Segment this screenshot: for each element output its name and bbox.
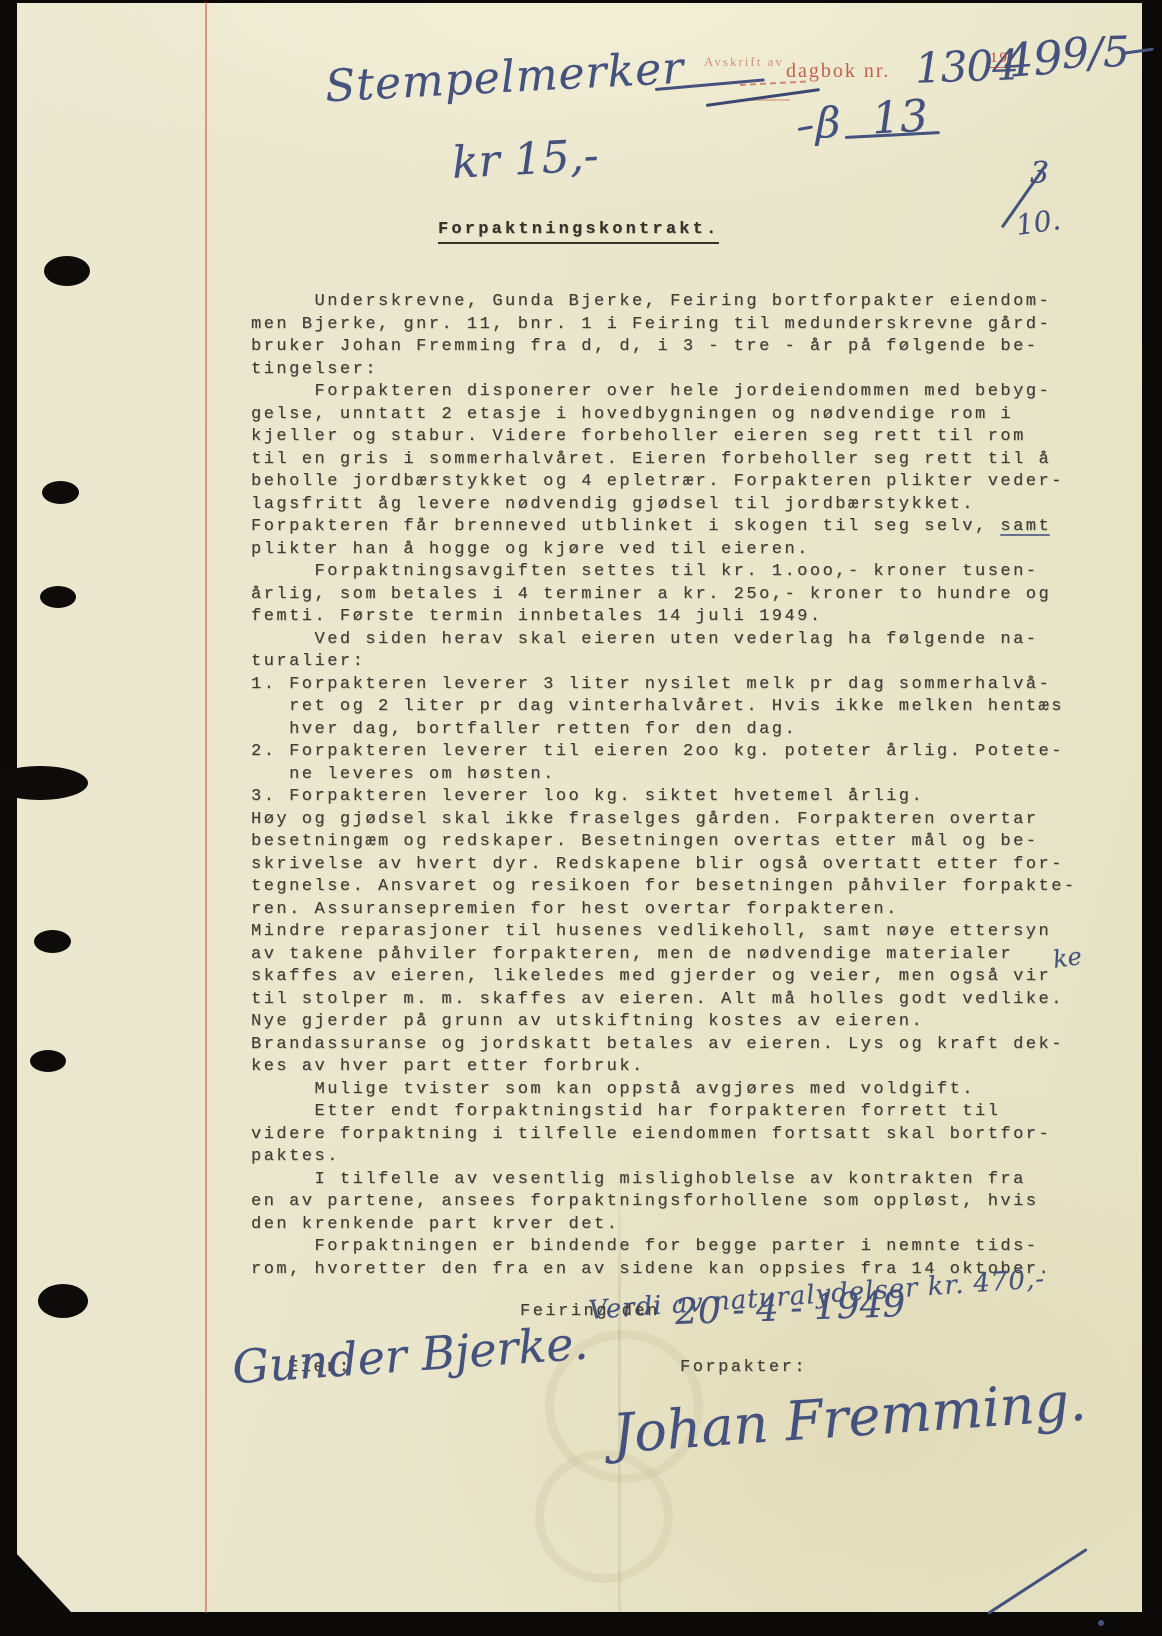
body-line: femti. Første termin innbetales 14 juli … — [251, 606, 1077, 629]
body-line: Underskrevne, Gunda Bjerke, Feiring bort… — [251, 291, 1077, 314]
body-line: tegnelse. Ansvaret og resikoen for beset… — [251, 876, 1077, 899]
punch-hole — [42, 481, 79, 504]
handwritten-date-top-right: 9/5 — [1061, 27, 1130, 78]
stamp-journal-label: dagbok nr. — [786, 60, 890, 83]
body-line: Forpakteren disponerer over hele jordeie… — [251, 381, 1077, 404]
signature-flourish-dot — [1098, 1620, 1104, 1626]
body-line: Ved siden herav skal eieren uten vederla… — [251, 629, 1077, 652]
body-line: Mindre reparasjoner til husenes vedlikeh… — [251, 921, 1077, 944]
body-line: Mulige tvister som kan oppstå avgjøres m… — [251, 1079, 1077, 1102]
body-line: 2. Forpakteren leverer til eieren 2oo kg… — [251, 741, 1077, 764]
torn-corner-bottom-left — [16, 1553, 72, 1613]
body-line: kes av hver part etter forbruk. — [251, 1056, 1077, 1079]
body-line: I tilfelle av vesentlig mislighoblelse a… — [251, 1169, 1077, 1192]
body-line: plikter han å hogge og kjøre ved til eie… — [251, 539, 1077, 562]
body-line: 1. Forpakteren leverer 3 liter nysilet m… — [251, 674, 1077, 697]
body-line: lagsfritt åg levere nødvendig gjødsel ti… — [251, 494, 1077, 517]
handwritten-insertion-ke: ke — [1051, 942, 1083, 974]
punch-hole-tear — [0, 776, 46, 789]
punch-hole — [30, 1050, 66, 1072]
body-line: til en gris i sommerhalvåret. Eieren for… — [251, 449, 1077, 472]
body-line: men Bjerke, gnr. 11, bnr. 1 i Feiring ti… — [251, 314, 1077, 337]
punch-hole — [38, 1284, 88, 1318]
scan-edge-left — [0, 0, 17, 1636]
stain-ring — [535, 1450, 673, 1583]
body-line: til stolper m. m. skaffes av eieren. Alt… — [251, 989, 1077, 1012]
handwritten-date-signed: 20 - 4 - 1949 — [674, 1284, 906, 1333]
scanned-contract-page: { "scan": { "paper_color": "#eae6cb", "i… — [0, 0, 1162, 1636]
body-line: skrivelse av hvert dyr. Redskapene blir … — [251, 854, 1077, 877]
body-line: paktes. — [251, 1146, 1077, 1169]
handwritten-fee-note: kr 15,- — [451, 130, 600, 189]
body-line: ren. Assuransepremien for hest overtar f… — [251, 899, 1077, 922]
body-line: Etter endt forpaktningstid har forpakter… — [251, 1101, 1077, 1124]
body-line: årlig, som betales i 4 terminer a kr. 25… — [251, 584, 1077, 607]
body-line: ret og 2 liter pr dag vinterhalvåret. Hv… — [251, 696, 1077, 719]
punch-hole — [40, 586, 76, 608]
body-line: tingelser: — [251, 359, 1077, 382]
body-line: skaffes av eieren, likeledes med gjerder… — [251, 966, 1077, 989]
red-margin-line — [205, 2, 207, 1613]
body-line: Forpakteren får brenneved utblinket i sk… — [251, 516, 1077, 539]
body-line: en av partene, ansees forpaktningsforhol… — [251, 1191, 1077, 1214]
body-line: bruker Johan Fremming fra d, d, i 3 - tr… — [251, 336, 1077, 359]
body-line: besetningæm og redskaper. Besetningen ov… — [251, 831, 1077, 854]
body-line: videre forpaktning i tilfelle eiendommen… — [251, 1124, 1077, 1147]
body-line: 3. Forpakteren leverer loo kg. siktet hv… — [251, 786, 1077, 809]
body-line: den krenkende part krver det. — [251, 1214, 1077, 1237]
body-line: Høy og gjødsel skal ikke fraselges gårde… — [251, 809, 1077, 832]
body-line: hver dag, bortfaller retten for den dag. — [251, 719, 1077, 742]
scan-edge-top — [0, 0, 1162, 3]
body-line: beholle jordbærstykket og 4 epletrær. Fo… — [251, 471, 1077, 494]
handwritten-fraction-denominator: 10. — [1014, 203, 1063, 242]
pen-underline-samt — [1000, 534, 1050, 536]
scan-edge-right — [1142, 0, 1162, 1636]
body-line: gelse, unntatt 2 etasje i hovedbygningen… — [251, 404, 1077, 427]
body-line: kjeller og stabur. Videre forbeholler ei… — [251, 426, 1077, 449]
scan-edge-bottom — [0, 1612, 1162, 1636]
punch-hole — [34, 930, 71, 953]
body-line: Nye gjerder på grunn av utskiftning kost… — [251, 1011, 1077, 1034]
body-line: ne leveres om høsten. — [251, 764, 1077, 787]
body-line: Forpaktningen er bindende for begge part… — [251, 1236, 1077, 1259]
body-line: av takene påhviler forpakteren, men de n… — [251, 944, 1077, 967]
tenant-label: Forpakter: — [680, 1358, 807, 1377]
handwritten-year: 49 — [1002, 30, 1064, 88]
stamp-copy-label: Avskrift av — [704, 54, 784, 70]
contract-body: Underskrevne, Gunda Bjerke, Feiring bort… — [251, 291, 1077, 1281]
handwritten-code-letter: β — [816, 98, 840, 147]
punch-hole — [44, 256, 90, 286]
body-line: turalier: — [251, 651, 1077, 674]
body-line: Brandassuranse og jordskatt betales av e… — [251, 1034, 1077, 1057]
document-title: Forpaktningskontrakt. — [438, 220, 719, 244]
body-line: Forpaktningsavgiften settes til kr. 1.oo… — [251, 561, 1077, 584]
